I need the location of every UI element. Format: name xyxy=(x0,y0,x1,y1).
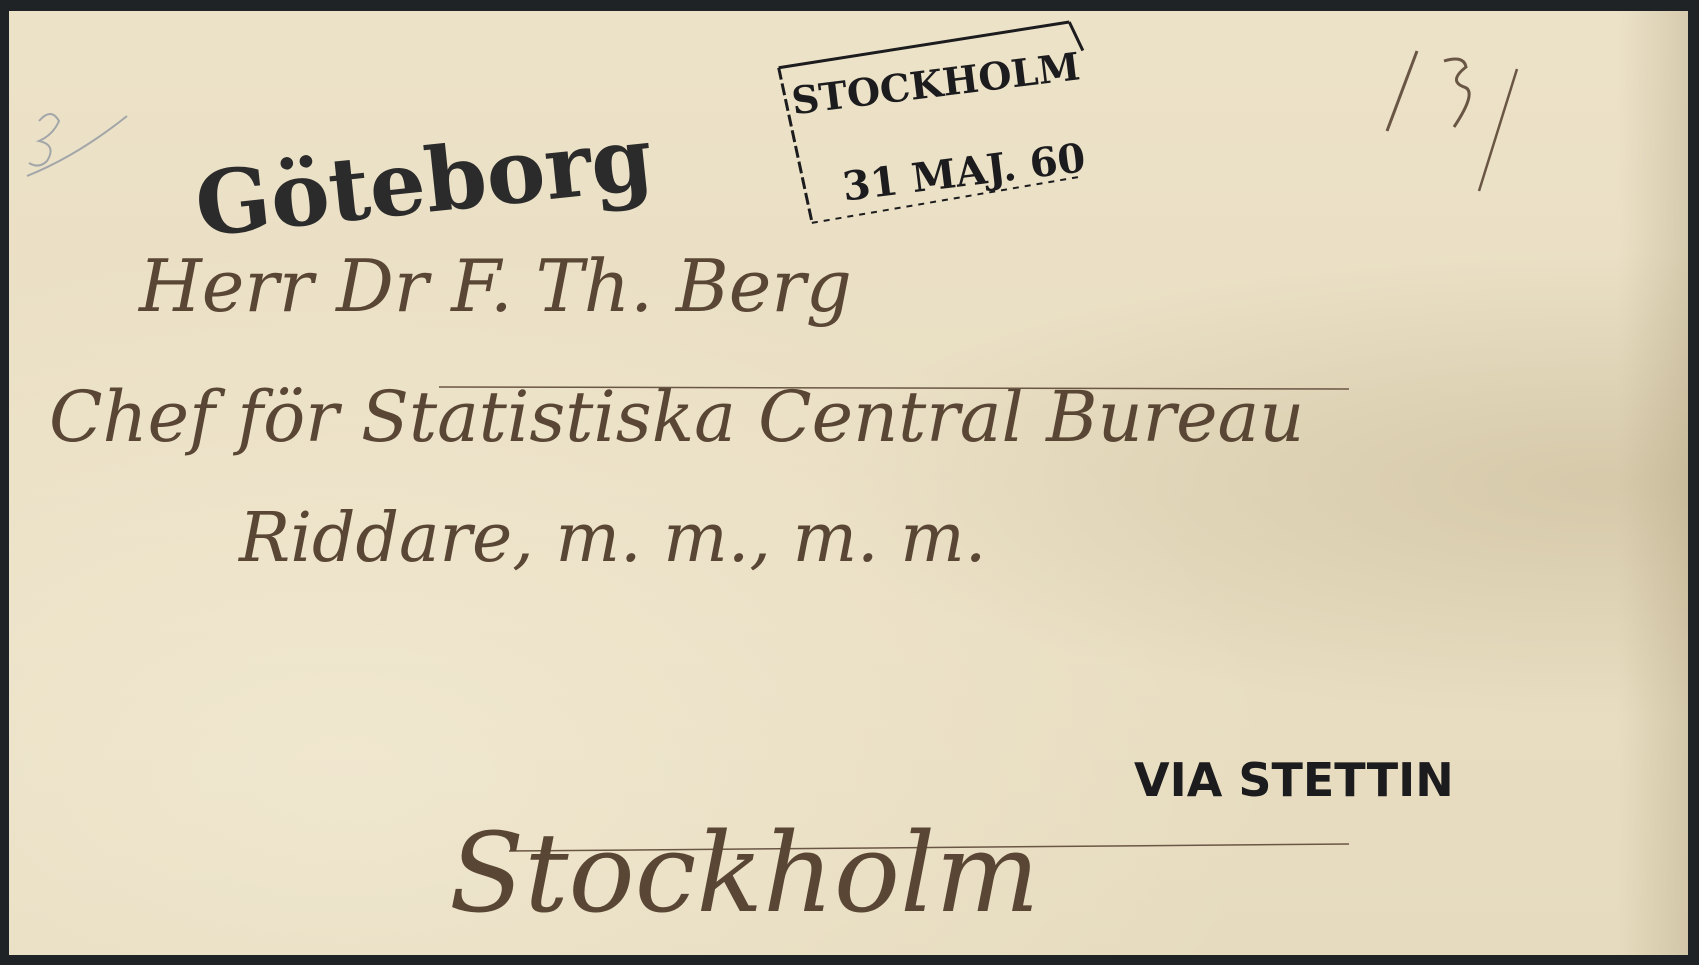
rate-mark-text: 13/9 xyxy=(9,11,37,15)
postal-cover: Göteborg STOCKHOLM 31 MAJ. 60 13/9 Herr … xyxy=(9,11,1688,955)
origin-handstamp: Göteborg xyxy=(190,106,657,257)
address-line-1: Herr Dr F. Th. Berg xyxy=(137,244,852,328)
via-stettin-handstamp: VIA STETTIN xyxy=(1134,753,1454,807)
origin-handstamp-text: Göteborg xyxy=(190,106,657,257)
pencil-mark xyxy=(27,114,127,176)
cover-markings: Göteborg STOCKHOLM 31 MAJ. 60 13/9 Herr … xyxy=(9,11,1688,955)
address-line-3: Riddare, m. m., m. m. xyxy=(237,499,986,578)
postmark-town: STOCKHOLM xyxy=(789,43,1082,123)
stockholm-postmark: STOCKHOLM 31 MAJ. 60 xyxy=(777,21,1099,225)
postmark-date: 31 MAJ. 60 xyxy=(840,134,1088,210)
address-block: Herr Dr F. Th. Berg Chef för Statistiska… xyxy=(49,244,1349,937)
address-city: Stockholm xyxy=(449,809,1040,937)
